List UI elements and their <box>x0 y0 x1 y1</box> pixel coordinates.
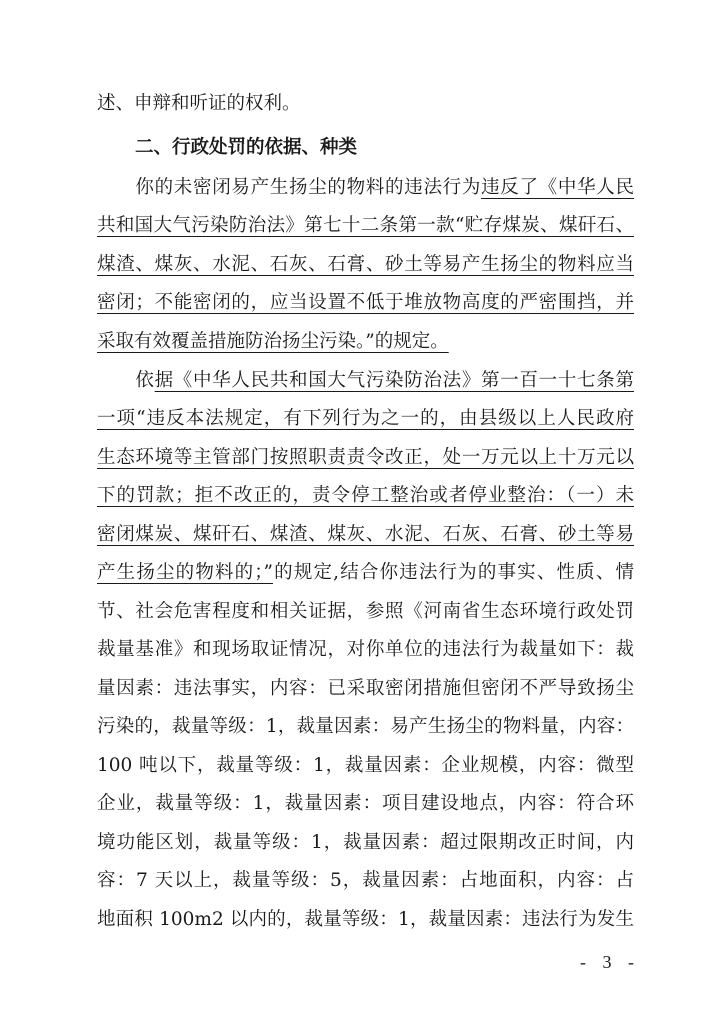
text-line: 你的未密闭易产生扬尘的物料的违法行为违反了《中华人民 <box>97 176 634 200</box>
body-text: 的规定,结合你违法行为的事实、性质、情 <box>273 562 634 583</box>
underlined-legal-quote: 据《中华人民共和国大气污染防治法》第一百一十七条第 <box>155 370 634 391</box>
text-line: 下的罚款；拒不改正的，责令停工整治或者停业整治：（一）未 <box>97 484 634 508</box>
underlined-legal-quote: 采取有效覆盖措施防治扬尘污染。”的规定。 <box>97 331 449 352</box>
section-heading: 二、行政处罚的依据、种类 <box>135 136 535 160</box>
text-line: 依据《中华人民共和国大气污染防治法》第一百一十七条第 <box>97 369 634 393</box>
text-line: 一项“违反本法规定，有下列行为之一的，由县级以上人民政府 <box>97 407 634 431</box>
text-line: 产生扬尘的物料的；”的规定,结合你违法行为的事实、性质、情 <box>97 561 634 585</box>
body-text: 述、申辩和听证的权利。 <box>97 93 301 114</box>
body-text: 量因素：违法事实，内容：已采取密闭措施但密闭不严导致扬尘 <box>97 678 634 699</box>
underlined-legal-quote: 密闭；不能密闭的，应当设置不低于堆放物高度的严密围挡，并 <box>97 292 634 313</box>
text-line: 密闭；不能密闭的，应当设置不低于堆放物高度的严密围挡，并 <box>97 291 634 315</box>
body-text: 容：7 天以上，裁量等级：5，裁量因素：占地面积，内容：占 <box>97 870 634 891</box>
body-text: 境功能区划，裁量等级：1，裁量因素：超过限期改正时间，内 <box>97 832 634 853</box>
underlined-legal-quote: 煤渣、煤灰、水泥、石灰、石膏、砂土等易产生扬尘的物料应当 <box>97 254 634 275</box>
text-line: 采取有效覆盖措施防治扬尘污染。”的规定。 <box>97 330 634 354</box>
text-line: 量因素：违法事实，内容：已采取密闭措施但密闭不严导致扬尘 <box>97 677 634 701</box>
body-text: 100 吨以下，裁量等级：1，裁量因素：企业规模，内容：微型 <box>97 755 634 776</box>
underlined-legal-quote: 密闭煤炭、煤矸石、煤渣、煤灰、水泥、石灰、石膏、砂土等易 <box>97 524 634 545</box>
body-text: 依 <box>97 370 155 391</box>
underlined-legal-quote: 共和国大气污染防治法》第七十二条第一款“贮存煤炭、煤矸石、 <box>97 215 634 236</box>
text-line: 生态环境等主管部门按照职责责令改正，处一万元以上十万元以 <box>97 446 634 470</box>
underlined-legal-quote: 生态环境等主管部门按照职责责令改正，处一万元以上十万元以 <box>97 447 634 468</box>
body-text: 污染的，裁量等级：1，裁量因素：易产生扬尘的物料量，内容： <box>97 716 634 737</box>
document-page: 述、申辩和听证的权利。二、行政处罚的依据、种类 你的未密闭易产生扬尘的物料的违法… <box>0 0 726 1028</box>
text-line: 述、申辩和听证的权利。 <box>97 92 634 116</box>
body-text: 企业，裁量等级：1，裁量因素：项目建设地点，内容：符合环 <box>97 793 634 814</box>
underlined-legal-quote: 一项“违反本法规定，有下列行为之一的，由县级以上人民政府 <box>97 408 634 429</box>
underlined-legal-quote: 下的罚款；拒不改正的，责令停工整治或者停业整治：（一）未 <box>97 485 634 506</box>
text-line: 密闭煤炭、煤矸石、煤渣、煤灰、水泥、石灰、石膏、砂土等易 <box>97 523 634 547</box>
body-text: 你的未密闭易产生扬尘的物料的违法行为 <box>97 177 481 198</box>
text-line: 污染的，裁量等级：1，裁量因素：易产生扬尘的物料量，内容： <box>97 715 634 739</box>
text-line: 境功能区划，裁量等级：1，裁量因素：超过限期改正时间，内 <box>97 831 634 855</box>
body-text: 地面积 100m2 以内的，裁量等级：1，裁量因素：违法行为发生 <box>97 909 634 930</box>
underlined-legal-quote: 违反了《中华人民 <box>481 177 634 198</box>
text-line: 地面积 100m2 以内的，裁量等级：1，裁量因素：违法行为发生 <box>97 908 634 932</box>
text-line: 容：7 天以上，裁量等级：5，裁量因素：占地面积，内容：占 <box>97 869 634 893</box>
body-text: 节、社会危害程度和相关证据，参照《河南省生态环境行政处罚 <box>97 601 634 622</box>
text-line: 煤渣、煤灰、水泥、石灰、石膏、砂土等易产生扬尘的物料应当 <box>97 253 634 277</box>
text-line: 企业，裁量等级：1，裁量因素：项目建设地点，内容：符合环 <box>97 792 634 816</box>
text-line: 节、社会危害程度和相关证据，参照《河南省生态环境行政处罚 <box>97 600 634 624</box>
underlined-legal-quote: 产生扬尘的物料的；” <box>97 562 273 583</box>
text-line: 共和国大气污染防治法》第七十二条第一款“贮存煤炭、煤矸石、 <box>97 214 634 238</box>
page-number: - 3 - <box>580 952 640 973</box>
body-text: 裁量基准》和现场取证情况，对你单位的违法行为裁量如下：裁 <box>97 639 634 660</box>
text-line: 裁量基准》和现场取证情况，对你单位的违法行为裁量如下：裁 <box>97 638 634 662</box>
text-line: 100 吨以下，裁量等级：1，裁量因素：企业规模，内容：微型 <box>97 754 634 778</box>
